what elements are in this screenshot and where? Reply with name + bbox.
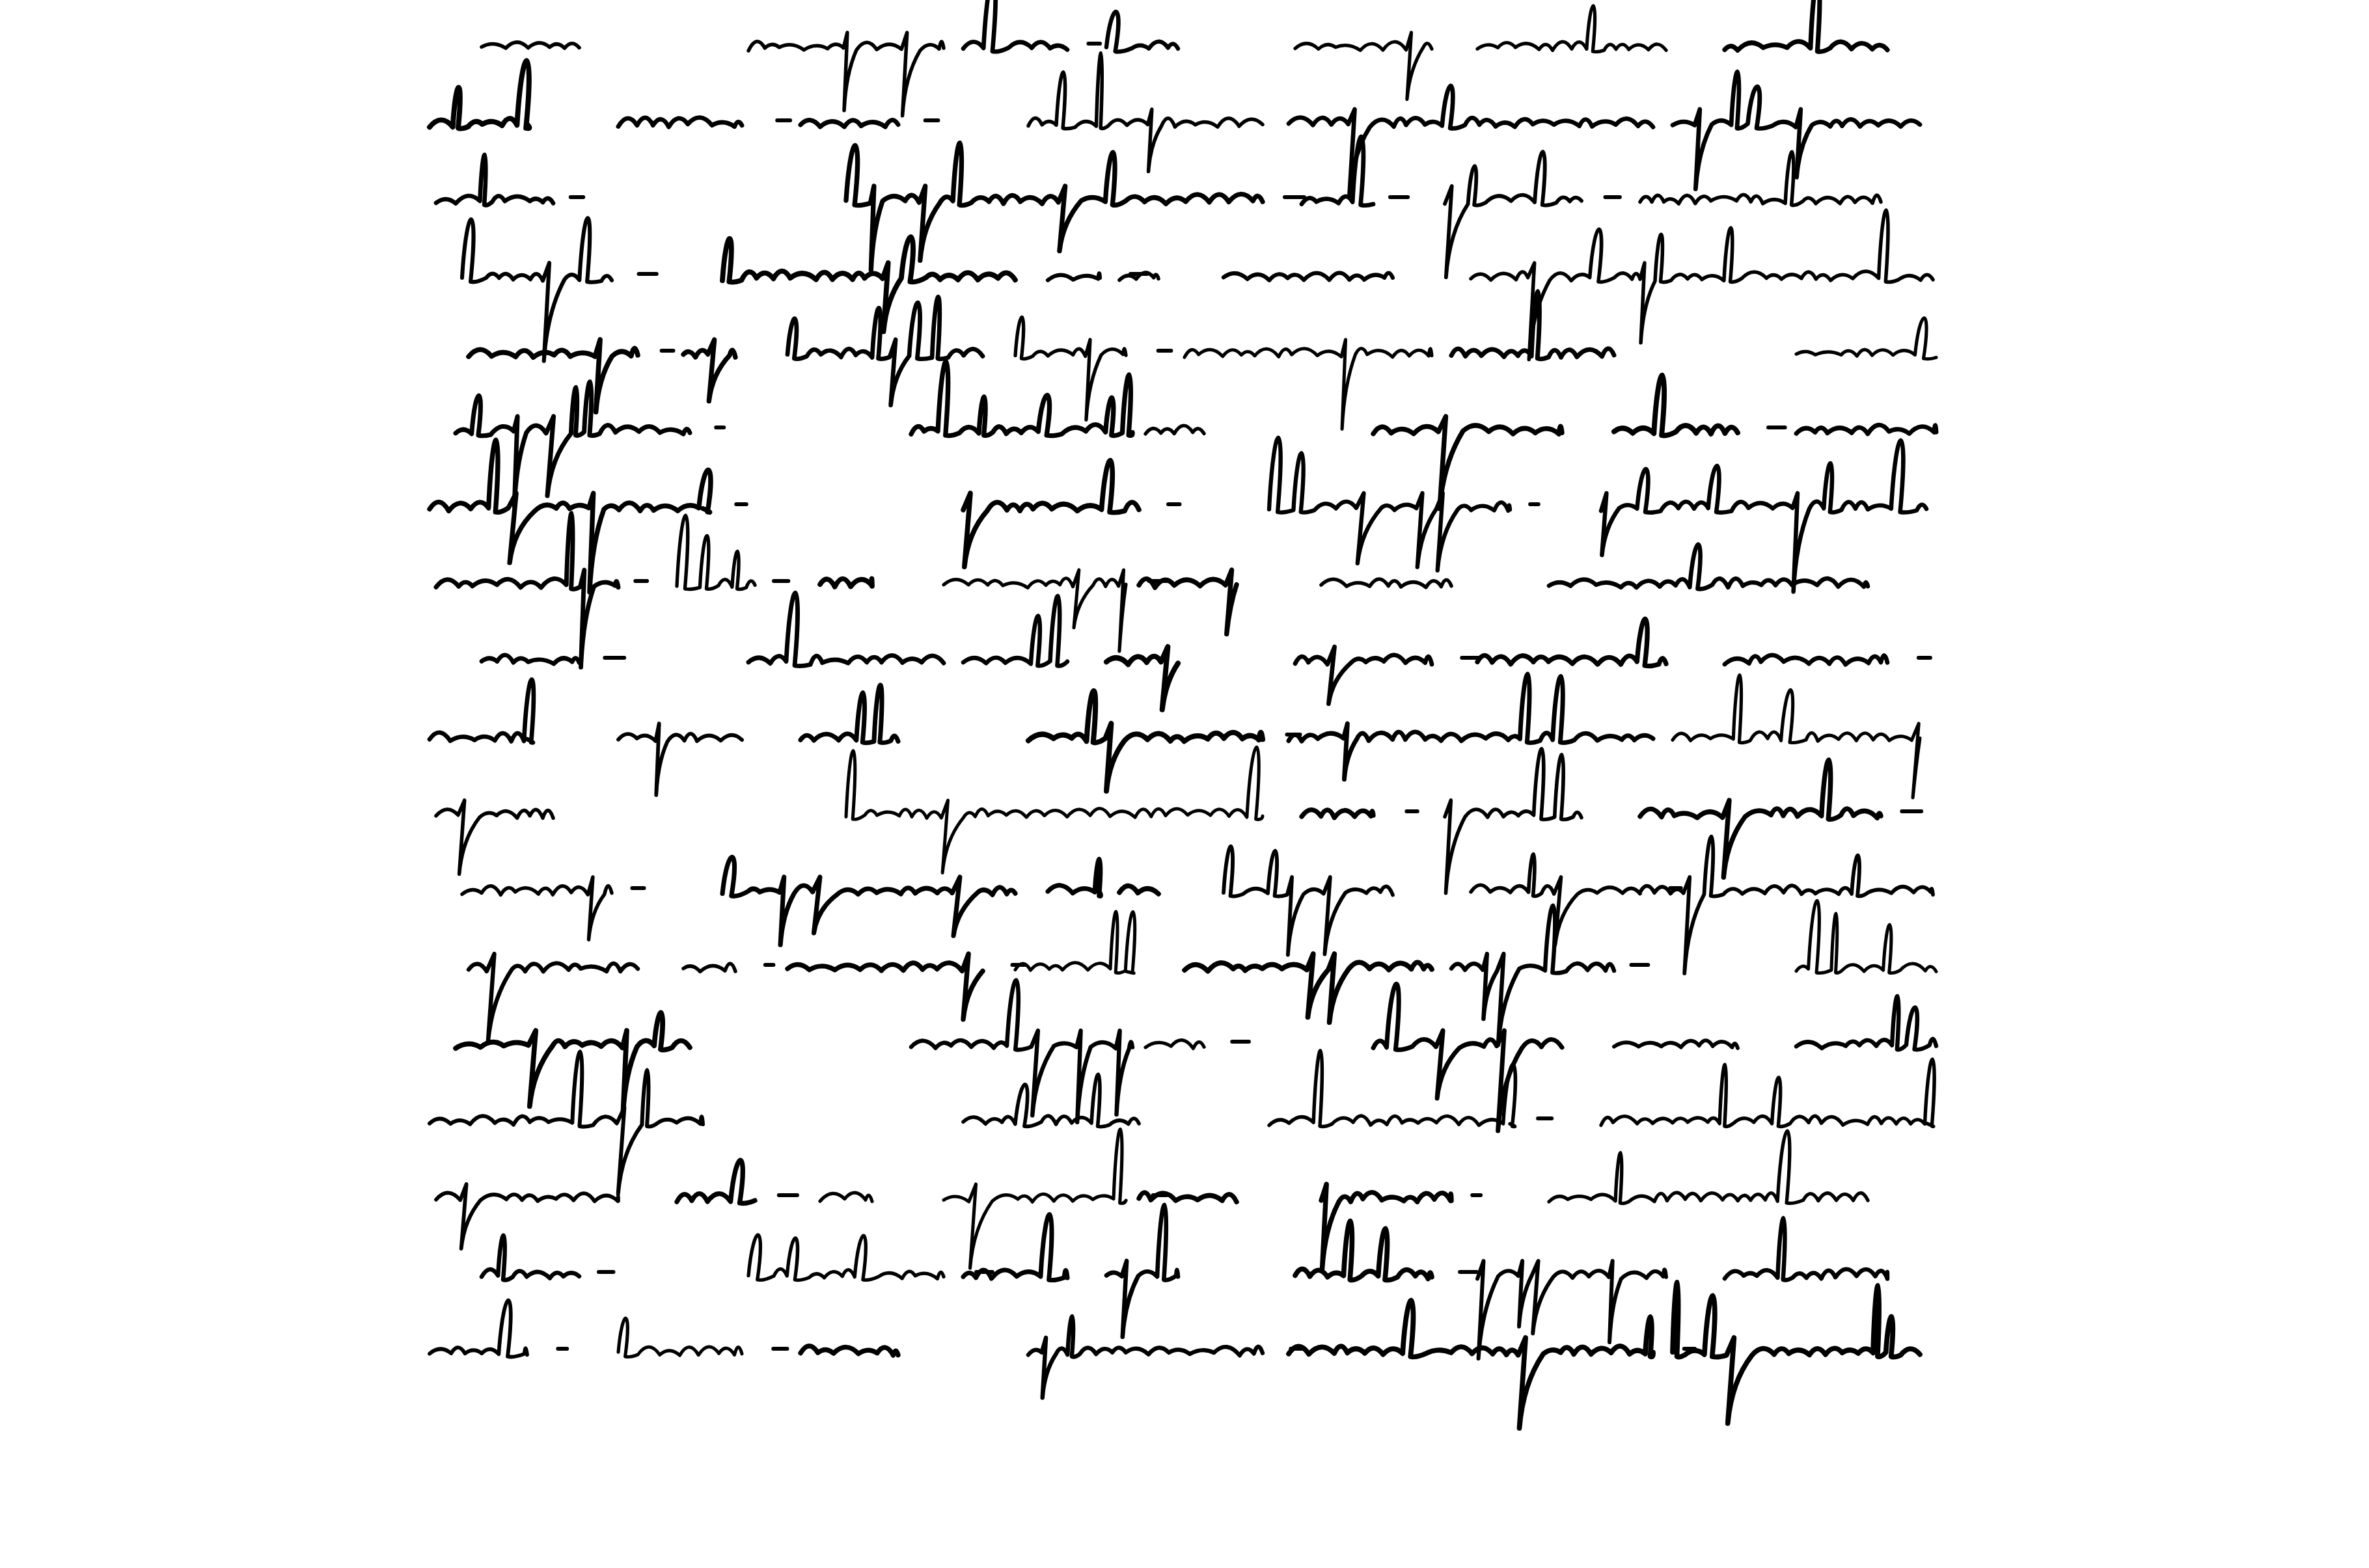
handwritten-word [1725, 655, 1887, 665]
handwritten-word [748, 593, 944, 666]
handwriting-line [482, 0, 1887, 116]
handwritten-word [1445, 152, 1582, 277]
handwritten-word [1477, 1261, 1666, 1358]
handwritten-word [1725, 0, 1887, 51]
handwritten-word [430, 61, 530, 128]
handwritten-word [1451, 906, 1614, 1045]
handwritten-word [436, 800, 553, 874]
handwritten-word [820, 1193, 872, 1201]
handwritten-word [1302, 137, 1373, 206]
handwritten-word [1028, 1316, 1263, 1398]
handwritten-word [1119, 885, 1158, 893]
handwriting-line [430, 674, 1920, 798]
handwritten-word [1673, 675, 1920, 798]
handwriting-line [430, 1282, 1920, 1428]
handwritten-word [1269, 1051, 1515, 1127]
handwriting-line [456, 980, 1936, 1131]
handwritten-word [1601, 440, 1926, 592]
handwritten-word [618, 1318, 742, 1357]
handwriting-line [469, 900, 1936, 1045]
handwritten-word [748, 1235, 944, 1280]
handwriting-line [430, 53, 1920, 197]
handwritten-word [963, 596, 1067, 666]
handwritten-word [1640, 210, 1933, 343]
handwritten-word [1673, 72, 1920, 189]
handwritten-word [1614, 375, 1738, 436]
handwritten-word [1028, 691, 1263, 791]
handwritten-word [1302, 810, 1373, 818]
handwritten-word [963, 1074, 1139, 1127]
handwritten-word [482, 42, 579, 48]
handwritten-word [722, 237, 1015, 332]
handwritten-word [1477, 619, 1666, 666]
handwritten-word [801, 685, 898, 743]
handwritten-word [1640, 152, 1881, 205]
handwriting-line [436, 137, 1881, 277]
handwritten-word [1224, 846, 1393, 955]
handwriting-line [430, 1051, 1934, 1194]
handwritten-word [430, 1301, 527, 1357]
handwriting-line [462, 210, 1933, 361]
handwritten-word [722, 857, 1015, 945]
handwritten-word [748, 33, 944, 116]
handwritten-word [1445, 749, 1582, 893]
handwriting-strokes [0, 0, 2369, 1568]
handwritten-word [469, 954, 638, 1043]
handwritten-word [1796, 425, 1936, 434]
handwritten-word [1028, 53, 1263, 172]
handwriting-line [436, 513, 1868, 668]
handwritten-word [482, 1236, 579, 1280]
handwritten-word [677, 1160, 755, 1203]
handwritten-word [846, 143, 1263, 271]
handwritten-word [1224, 273, 1393, 280]
handwritten-word [1614, 1040, 1738, 1048]
handwritten-word [1601, 1059, 1934, 1127]
handwritten-word [436, 1184, 618, 1249]
handwritten-word [1145, 426, 1204, 434]
handwritten-word [1796, 996, 1936, 1049]
handwritten-word [1106, 1205, 1178, 1337]
handwriting-line [456, 361, 1936, 509]
handwritten-word [1796, 318, 1936, 359]
handwritten-word [1289, 674, 1653, 779]
handwritten-word [436, 155, 553, 206]
handwritten-word [963, 0, 1067, 51]
handwritten-word [469, 340, 638, 412]
handwritten-word [430, 679, 534, 742]
handwriting-line [436, 1129, 1868, 1270]
handwritten-word [482, 655, 579, 664]
handwritten-word [1289, 1301, 1653, 1428]
handwritten-word [1471, 229, 1640, 359]
handwritten-word [1119, 273, 1158, 280]
handwritten-word [430, 1051, 703, 1194]
handwritten-word [618, 118, 742, 127]
handwritten-word [1048, 859, 1101, 896]
handwritten-word [618, 723, 742, 795]
handwritten-word [1295, 33, 1432, 100]
handwritten-word [1373, 984, 1562, 1131]
handwritten-word [944, 1129, 1126, 1268]
handwritten-word [787, 954, 983, 1020]
handwritten-word [801, 120, 898, 127]
handwritten-word [677, 515, 755, 589]
handwritten-word [1796, 900, 1936, 973]
handwritten-word [801, 1346, 898, 1355]
handwritten-word [462, 877, 612, 939]
handwritten-word [1295, 647, 1432, 704]
handwritten-word [1549, 1131, 1868, 1203]
handwritten-word [1673, 1282, 1920, 1424]
handwritten-word [1106, 12, 1178, 51]
handwritten-word [963, 460, 1139, 567]
handwritten-word [1184, 340, 1432, 429]
handwritten-word [911, 361, 1132, 435]
handwritten-word [1477, 6, 1666, 52]
handwriting-line [482, 593, 1930, 710]
handwritten-word [1321, 579, 1451, 588]
handwritten-word [1295, 1221, 1432, 1280]
handwritten-word [1048, 273, 1100, 280]
handwritten-word [1145, 1040, 1204, 1049]
handwritten-word [1640, 837, 1933, 973]
handwriting-line [462, 837, 1933, 973]
handwritten-word [683, 964, 735, 971]
handwritten-word [683, 340, 735, 401]
handwritten-word [1373, 416, 1562, 509]
handwritten-word [1640, 760, 1881, 877]
handwritten-word [820, 578, 872, 586]
handwritten-word [1106, 647, 1178, 710]
handwritten-word [1015, 912, 1135, 973]
handwritten-word [1269, 438, 1510, 571]
handwritten-word [1725, 1218, 1887, 1280]
handwritten-word [846, 747, 1263, 872]
handwritten-page: Illegible cursive handwriting (asemic sc… [0, 0, 2369, 1568]
handwritten-word [462, 218, 612, 361]
handwritten-word [1549, 545, 1868, 589]
handwriting-line [469, 291, 1936, 429]
